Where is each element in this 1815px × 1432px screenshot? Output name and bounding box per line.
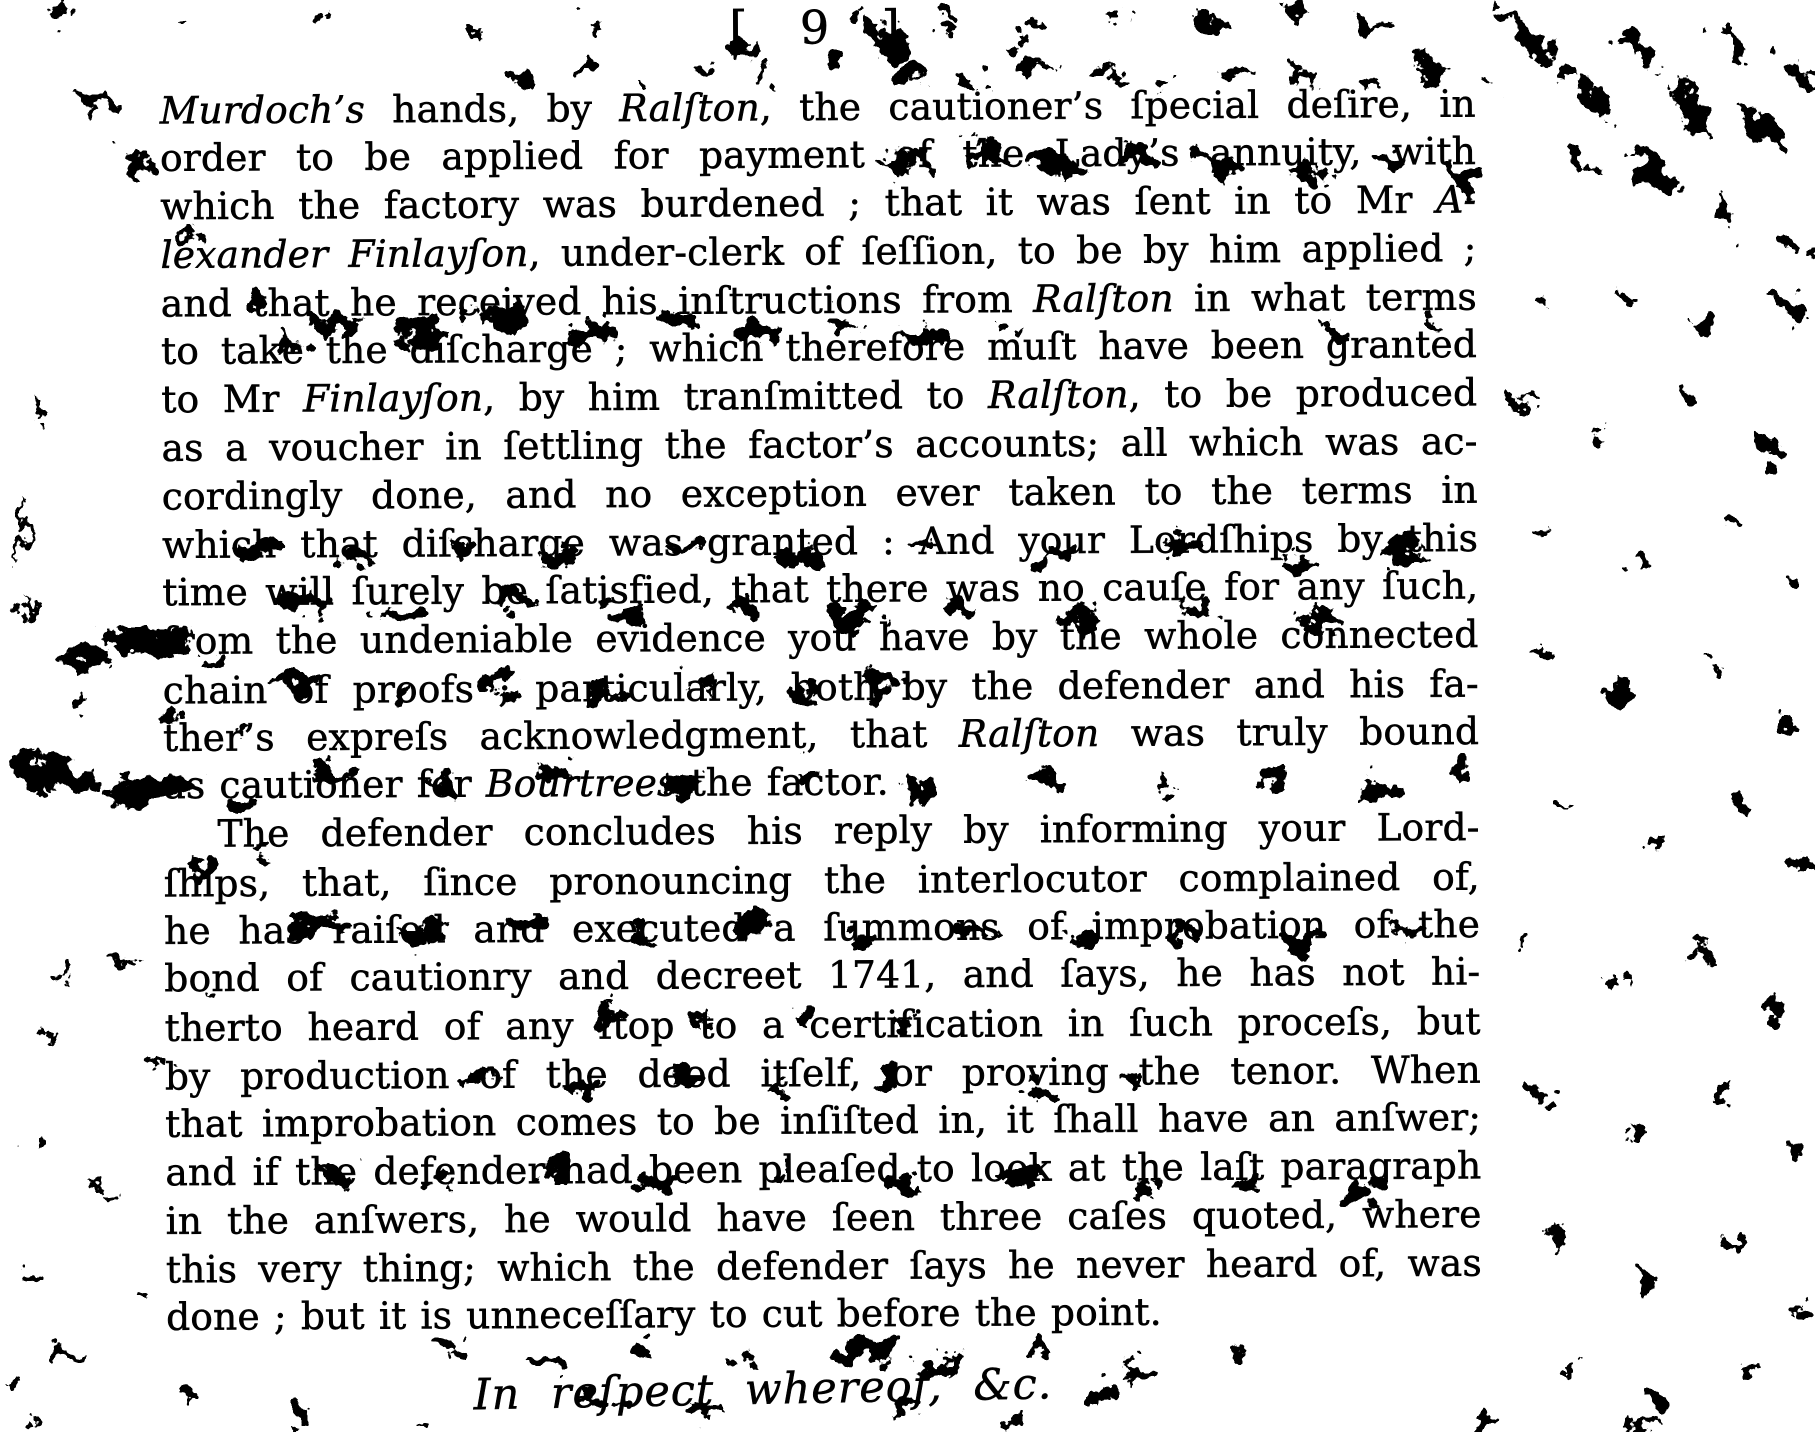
body-text-block: Murdoch’s hands, by Ralſton, the caution… <box>160 79 1483 1342</box>
text-line: he has raiſed and executed a ſummons of … <box>164 900 1480 955</box>
text-line: ſhips, that, ſince pronouncing the inter… <box>164 852 1480 907</box>
text-line: Murdoch’s hands, by Ralſton, the caution… <box>160 80 1476 135</box>
text-line: which the factory was burdened ; that it… <box>160 175 1476 230</box>
text-line: which that diſcharge was granted : And y… <box>162 514 1478 569</box>
text-line: in the anſwers, he would have ſeen three… <box>166 1190 1482 1245</box>
text-line: time will ſurely be ſatisfied, that ther… <box>162 561 1478 616</box>
text-line: chain of proofs ; particularly, both by … <box>163 659 1479 714</box>
text-line: that improbation comes to be inſiſted in… <box>165 1093 1481 1148</box>
text-line: ther’s expreſs acknowledgment, that Ralſ… <box>163 707 1479 762</box>
text-line: and if the defender had been pleaſed to … <box>165 1141 1481 1196</box>
scanned-document-page: [ 9 ] Murdoch’s hands, by Ralſton, the c… <box>0 0 1815 1432</box>
text-line: done ; but it is unneceſſary to cut befo… <box>166 1286 1482 1341</box>
page-number-header: [ 9 ] <box>729 0 902 55</box>
text-line: this very thing; which the defender ſays… <box>166 1239 1482 1294</box>
text-line: and that he received his inſtructions fr… <box>161 273 1477 328</box>
text-line: The defender concludes his reply by info… <box>163 803 1479 858</box>
closing-line: In reſpect whereof, &c. <box>473 1359 1053 1420</box>
page-content: [ 9 ] Murdoch’s hands, by Ralſton, the c… <box>0 0 1815 1432</box>
text-line: from the undeniable evidence you have by… <box>162 610 1478 665</box>
text-line: lexander Finlayſon, under-clerk of ſeſſi… <box>160 224 1476 279</box>
text-line: bond of cautionry and decreet 1741, and … <box>164 948 1480 1003</box>
text-line: to take the diſcharge ; which therefore … <box>161 320 1477 375</box>
text-line: by production of the deed itſelf, or pro… <box>165 1046 1481 1101</box>
text-line: order to be applied for payment of the L… <box>160 127 1476 182</box>
text-line: cordingly done, and no exception ever ta… <box>162 466 1478 521</box>
text-line: therto heard of any ſtop to a certificat… <box>164 997 1480 1052</box>
text-line: as a voucher in ſettling the factor’s ac… <box>161 417 1477 472</box>
text-line: to Mr Finlayſon, by him tranſmitted to R… <box>161 368 1477 423</box>
text-line: as cautioner for Bourtrees the factor. <box>163 755 1479 810</box>
